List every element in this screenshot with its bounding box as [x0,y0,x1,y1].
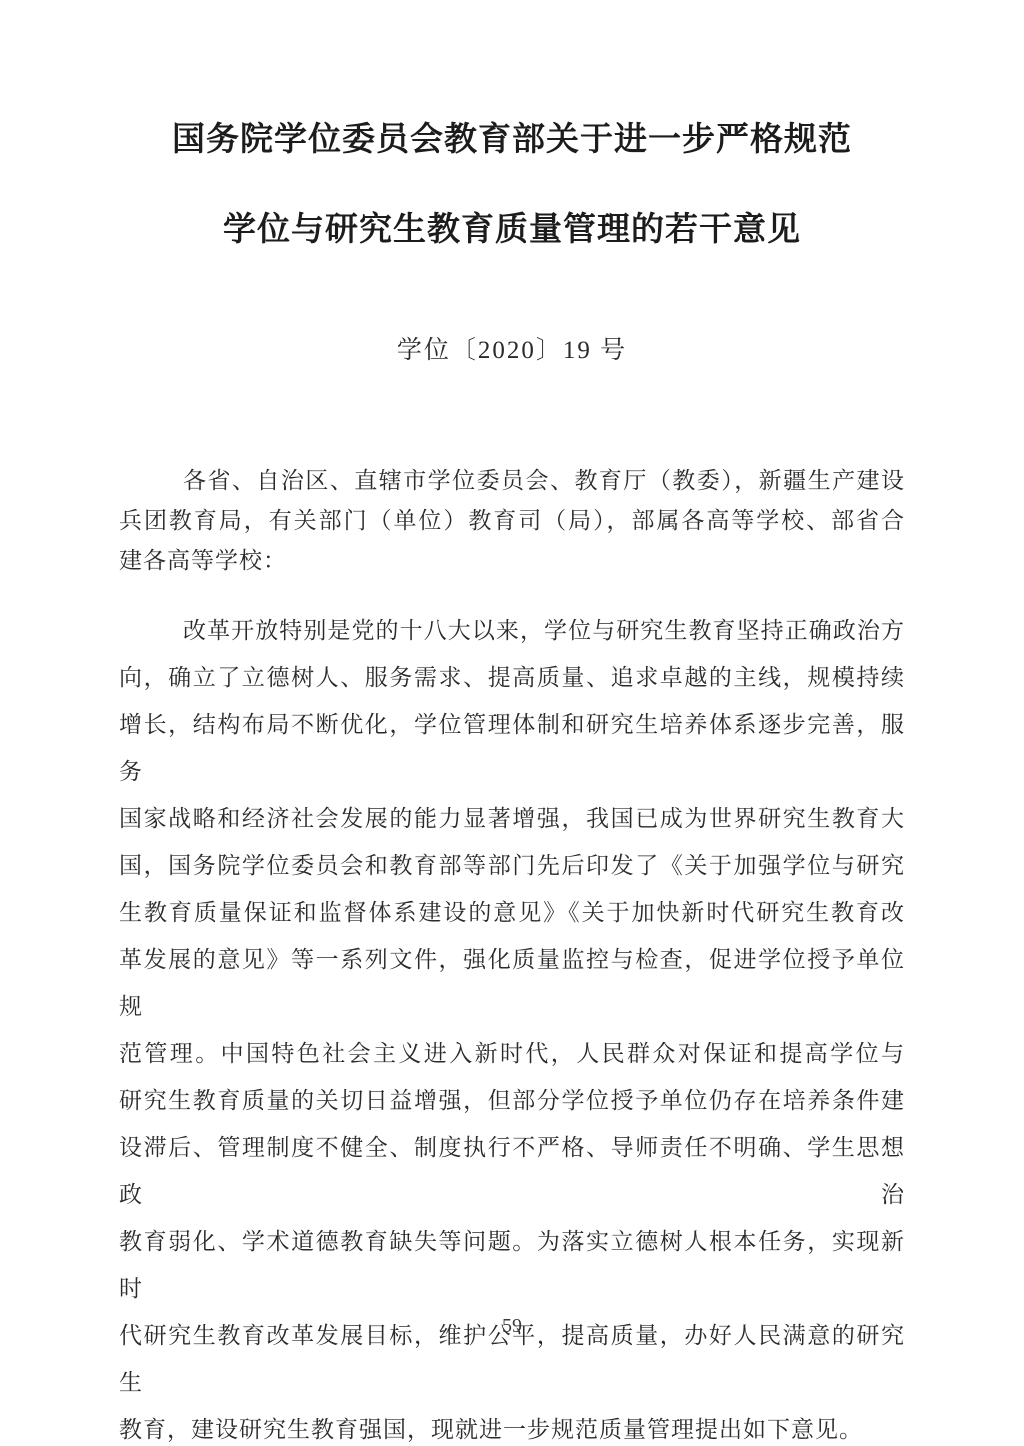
body-line: 范管理。中国特色社会主义进入新时代，人民群众对保证和提高学位与 [119,1030,905,1077]
body-line: 生教育质量保证和监督体系建设的意见》《关于加快新时代研究生教育改 [119,889,905,936]
body-line: 向，确立了立德树人、服务需求、提高质量、追求卓越的主线，规模持续 [119,654,905,701]
salutation-line: 各省、自治区、直辖市学位委员会、教育厅（教委），新疆生产建设 [119,461,905,501]
salutation-line: 兵团教育局，有关部门（单位）教育司（局），部属各高等学校、部省合 [119,501,905,541]
body-line: 革发展的意见》等一系列文件，强化质量监控与检查，促进学位授予单位规 [119,936,905,1030]
body-line: 教育，建设研究生教育强国，现就进一步规范质量管理提出如下意见。 [119,1406,905,1446]
body-line: 设滞后、管理制度不健全、制度执行不严格、导师责任不明确、学生思想政治 [119,1124,905,1218]
body-line: 增长，结构布局不断优化，学位管理体制和研究生培养体系逐步完善，服务 [119,701,905,795]
document-title-line-1: 国务院学位委员会教育部关于进一步严格规范 [119,118,905,160]
body-line: 研究生教育质量的关切日益增强，但部分学位授予单位仍存在培养条件建 [119,1077,905,1124]
document-page: 国务院学位委员会教育部关于进一步严格规范 学位与研究生教育质量管理的若干意见 学… [0,0,1024,1446]
body-line: 国家战略和经济社会发展的能力显著增强，我国已成为世界研究生教育大 [119,795,905,842]
document-number: 学位〔2020〕19 号 [119,334,905,367]
body-line: 教育弱化、学术道德教育缺失等问题。为落实立德树人根本任务，实现新时 [119,1218,905,1312]
document-title: 国务院学位委员会教育部关于进一步严格规范 学位与研究生教育质量管理的若干意见 [119,118,905,250]
body-line: 改革开放特别是党的十八大以来，学位与研究生教育坚持正确政治方 [119,607,905,654]
salutation-paragraph: 各省、自治区、直辖市学位委员会、教育厅（教委），新疆生产建设兵团教育局，有关部门… [119,461,905,581]
document-title-line-2: 学位与研究生教育质量管理的若干意见 [119,208,905,250]
page-number: 59 [0,1313,1024,1339]
body-line: 国，国务院学位委员会和教育部等部门先后印发了《关于加强学位与研究 [119,842,905,889]
salutation-line: 建各高等学校： [119,541,905,581]
